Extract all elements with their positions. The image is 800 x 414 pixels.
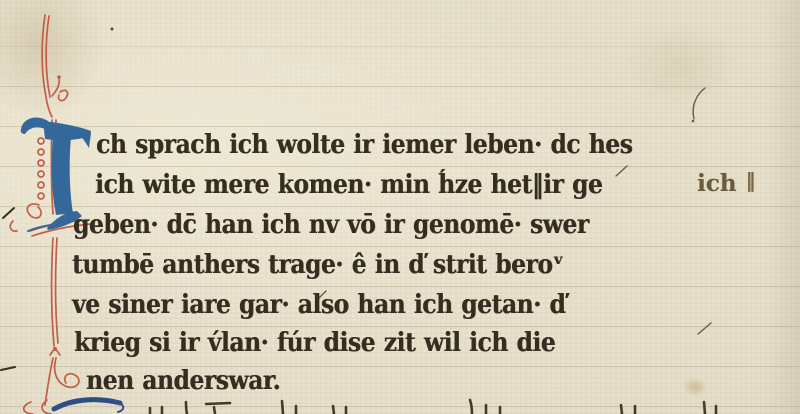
insertion-mark: ‖ <box>745 168 755 192</box>
manuscript-page: I <box>0 0 800 414</box>
text-line: tumbē anthers trage· ê in ď strit beroᵛ <box>72 246 564 286</box>
text-block: ch sprach ich wolte ir iemer leben· dc h… <box>0 0 800 414</box>
text-line: krieg si ir v́lan· fúr dise zit wil ich … <box>74 324 555 364</box>
text-line: ch sprach ich wolte ir iemer leben· dc h… <box>96 126 632 166</box>
text-line: geben· dc̄ han ich nv vō ir genomē· swer <box>73 206 589 246</box>
text-line: nen anderswar. <box>86 362 280 402</box>
margin-correction-word: ich <box>697 170 736 197</box>
text-line: ich wite mere komen· min h́ze het‖ir ge <box>95 166 602 206</box>
text-line: ve siner iare gar· also han ich getan· ď <box>72 286 565 326</box>
margin-correction: ich ‖ <box>697 170 755 197</box>
